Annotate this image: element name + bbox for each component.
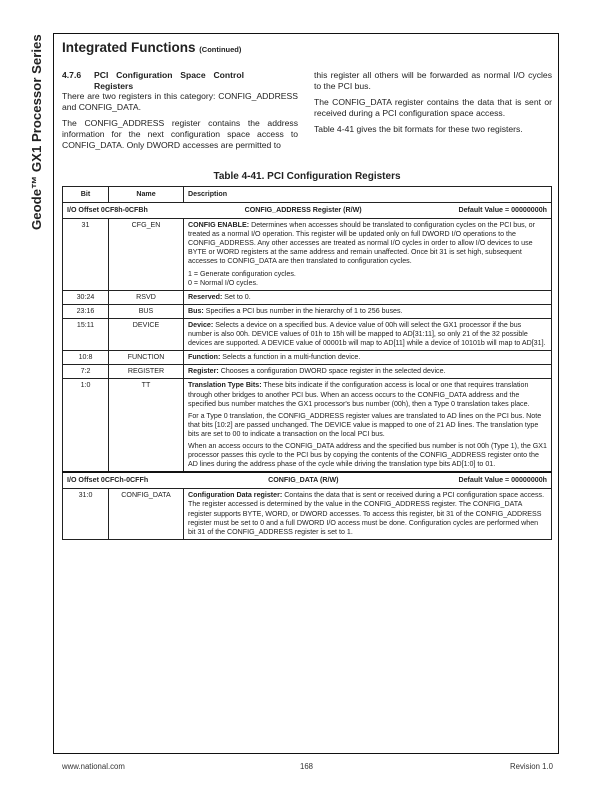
description-cell: Device: Selects a device on a specified …: [184, 318, 552, 350]
right-column: this register all others will be forward…: [314, 70, 552, 141]
bit-cell: 10:8: [63, 351, 109, 365]
description-cell: CONFIG ENABLE: Determines when accesses …: [184, 219, 552, 291]
footer-revision: Revision 1.0: [510, 762, 553, 771]
table-header-row: Bit Name Description: [63, 187, 552, 203]
bit-cell: 1:0: [63, 379, 109, 472]
page-heading: Integrated Functions (Continued): [62, 40, 241, 55]
register-offset-row: I/O Offset 0CF8h-0CFBhCONFIG_ADDRESS Reg…: [63, 203, 552, 219]
name-cell: BUS: [109, 304, 184, 318]
description-cell: Reserved: Set to 0.: [184, 290, 552, 304]
field-label: Function:: [188, 353, 220, 361]
description-cell: Bus: Specifies a PCI bus number in the h…: [184, 304, 552, 318]
table-row: 1:0TTTranslation Type Bits: These bits i…: [63, 379, 552, 472]
bit-cell: 7:2: [63, 365, 109, 379]
description-text: Set to 0.: [224, 293, 250, 301]
header-name: Name: [109, 187, 184, 203]
footer-website[interactable]: www.national.com: [62, 762, 125, 771]
field-label: CONFIG ENABLE:: [188, 221, 249, 229]
table-row: 31:0CONFIG_DATAConfiguration Data regist…: [63, 489, 552, 539]
section-heading: 4.7.6 PCI Configuration Space Control Re…: [62, 70, 298, 91]
bit-cell: 23:16: [63, 304, 109, 318]
description-text: When an access occurs to the CONFIG_DATA…: [188, 442, 547, 469]
name-cell: DEVICE: [109, 318, 184, 350]
register-offset-row: I/O Offset 0CFCh-0CFFhCONFIG_DATA (R/W)D…: [63, 472, 552, 489]
table-row: 31CFG_ENCONFIG ENABLE: Determines when a…: [63, 219, 552, 291]
description-text: Selects a device on a specified bus. A d…: [188, 321, 546, 347]
description-text: 1 = Generate configuration cycles. 0 = N…: [188, 270, 547, 288]
description-text: For a Type 0 translation, the CONFIG_ADD…: [188, 412, 547, 439]
table-row: 15:11DEVICEDevice: Selects a device on a…: [63, 318, 552, 350]
default-value: Default Value = 00000000h: [458, 206, 547, 215]
description-cell: Register: Chooses a configuration DWORD …: [184, 365, 552, 379]
offset-label: I/O Offset 0CF8h-0CFBh: [67, 206, 148, 215]
paragraph: There are two registers in this category…: [62, 91, 298, 112]
page-heading-suffix: (Continued): [199, 45, 241, 54]
register-name: CONFIG_ADDRESS Register (R/W): [245, 206, 362, 215]
register-name: CONFIG_DATA (R/W): [268, 476, 338, 485]
name-cell: FUNCTION: [109, 351, 184, 365]
field-label: Configuration Data register:: [188, 491, 282, 499]
table-row: 7:2REGISTERRegister: Chooses a configura…: [63, 365, 552, 379]
paragraph: this register all others will be forward…: [314, 70, 552, 91]
header-bit: Bit: [63, 187, 109, 203]
bit-cell: 30:24: [63, 290, 109, 304]
paragraph: The CONFIG_DATA register contains the da…: [314, 97, 552, 118]
description-text: Specifies a PCI bus number in the hierar…: [206, 307, 403, 315]
side-series-title-text: Geode™ GX1 Processor Series: [29, 34, 44, 230]
name-cell: CONFIG_DATA: [109, 489, 184, 539]
header-description: Description: [184, 187, 552, 203]
field-label: Translation Type Bits:: [188, 381, 262, 389]
table-row: 10:8FUNCTIONFunction: Selects a function…: [63, 351, 552, 365]
description-text: Chooses a configuration DWORD space regi…: [221, 367, 446, 375]
table-row: 30:24RSVDReserved: Set to 0.: [63, 290, 552, 304]
default-value: Default Value = 00000000h: [458, 476, 547, 485]
table-row: 23:16BUSBus: Specifies a PCI bus number …: [63, 304, 552, 318]
side-series-title: Geode™ GX1 Processor Series: [25, 34, 45, 234]
paragraph: Table 4-41 gives the bit formats for the…: [314, 124, 552, 135]
description-cell: Configuration Data register: Contains th…: [184, 489, 552, 539]
bit-cell: 31:0: [63, 489, 109, 539]
section-title: PCI Configuration Space Control Register…: [94, 70, 244, 91]
section-number: 4.7.6: [62, 70, 94, 91]
paragraph: The CONFIG_ADDRESS register contains the…: [62, 118, 298, 150]
bit-cell: 15:11: [63, 318, 109, 350]
description-cell: Translation Type Bits: These bits indica…: [184, 379, 552, 472]
field-label: Bus:: [188, 307, 204, 315]
description-text: Selects a function in a multi-function d…: [222, 353, 360, 361]
name-cell: CFG_EN: [109, 219, 184, 291]
field-label: Device:: [188, 321, 213, 329]
field-label: Register:: [188, 367, 219, 375]
page-heading-main: Integrated Functions: [62, 40, 196, 55]
description-cell: Function: Selects a function in a multi-…: [184, 351, 552, 365]
footer-page-number: 168: [300, 762, 313, 771]
name-cell: REGISTER: [109, 365, 184, 379]
name-cell: TT: [109, 379, 184, 472]
left-column: 4.7.6 PCI Configuration Space Control Re…: [62, 70, 298, 156]
bit-cell: 31: [63, 219, 109, 291]
field-label: Reserved:: [188, 293, 222, 301]
offset-label: I/O Offset 0CFCh-0CFFh: [67, 476, 148, 485]
name-cell: RSVD: [109, 290, 184, 304]
register-table: Bit Name Description I/O Offset 0CF8h-0C…: [62, 186, 552, 540]
table-caption: Table 4-41. PCI Configuration Registers: [62, 171, 552, 182]
